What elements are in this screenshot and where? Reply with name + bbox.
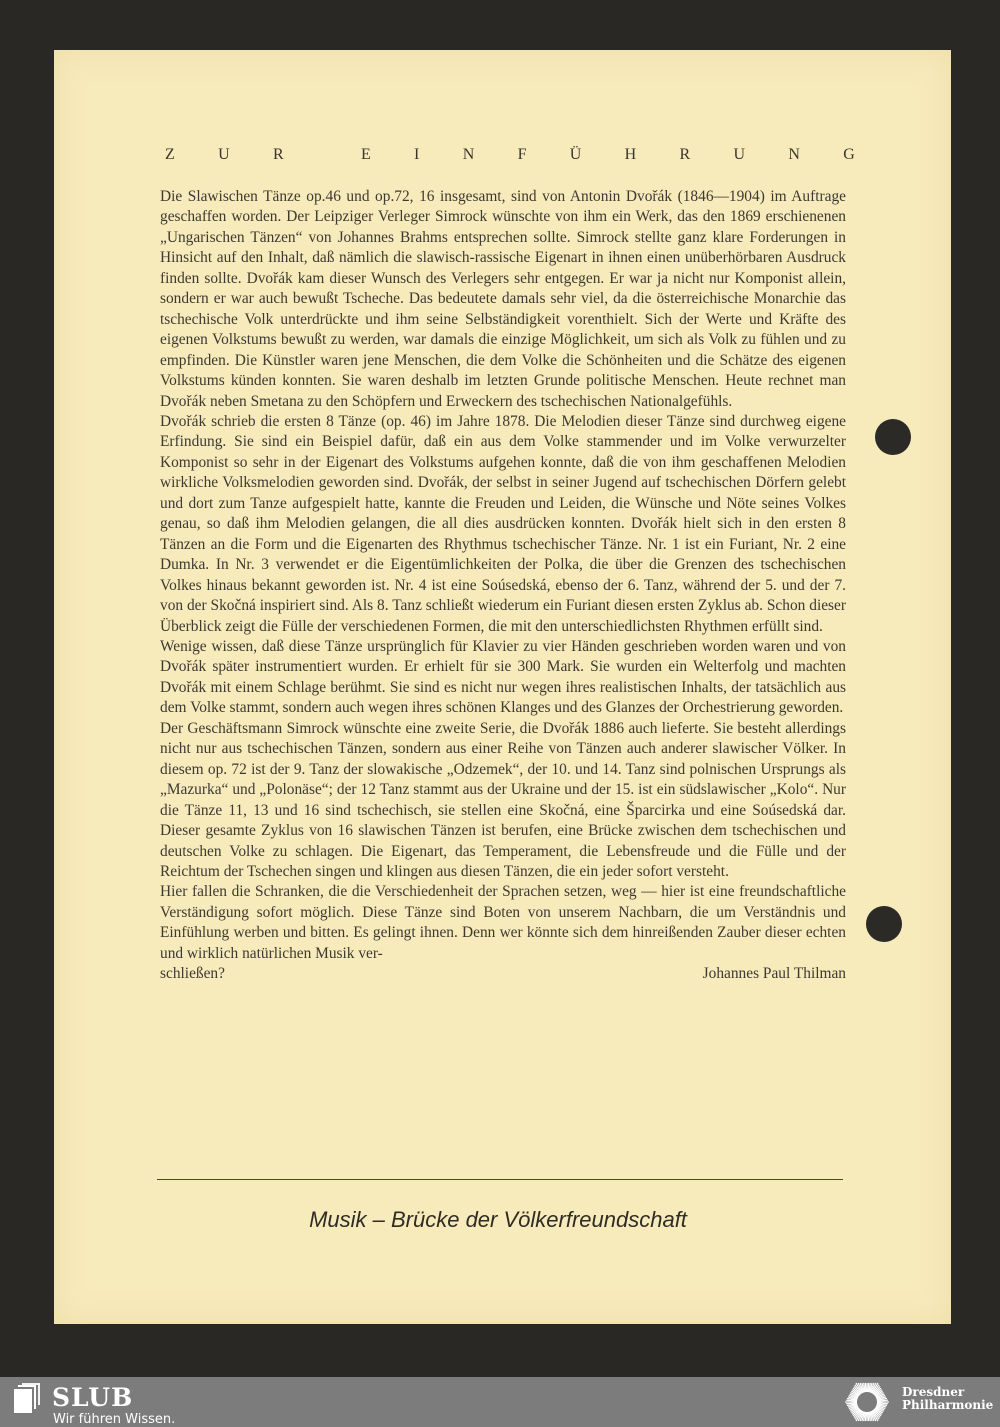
book-pages-icon [12, 1383, 42, 1415]
punch-hole [866, 906, 902, 942]
closing-word: schließen? [160, 964, 225, 984]
paragraph: Dvořák schrieb die ersten 8 Tänze (op. 4… [160, 412, 846, 637]
dresdner-philharmonie-logo[interactable]: Dresdner Philharmonie [842, 1377, 1000, 1427]
viewer-footer: SLUB Wir führen Wissen. Dresdner Philhar… [0, 1377, 1000, 1427]
punch-hole [875, 419, 911, 455]
dp-brand: Dresdner Philharmonie [902, 1386, 993, 1412]
paragraph: Hier fallen die Schranken, die die Versc… [160, 882, 846, 964]
article-body: Die Slawischen Tänze op.46 und op.72, 16… [160, 187, 846, 985]
sunburst-ring-icon [842, 1377, 892, 1427]
paragraph: Wenige wissen, daß diese Tänze ursprüngl… [160, 637, 846, 719]
paragraph: Die Slawischen Tänze op.46 und op.72, 16… [160, 187, 846, 412]
paragraph: Der Geschäftsmann Simrock wünschte eine … [160, 719, 846, 883]
slub-tagline: Wir führen Wissen. [53, 1412, 175, 1427]
motto: Musik – Brücke der Völkerfreundschaft [0, 1207, 998, 1233]
author-name: Johannes Paul Thilman [703, 964, 846, 984]
slub-brand: SLUB [52, 1383, 133, 1412]
section-heading: Z U R E I N F Ü H R U N G [165, 146, 855, 164]
divider-rule [157, 1179, 843, 1180]
signature-line: schließen? Johannes Paul Thilman [160, 964, 846, 984]
